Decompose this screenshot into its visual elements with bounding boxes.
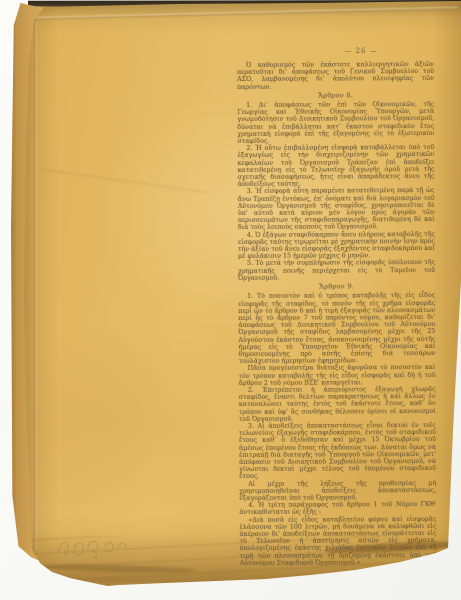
article-8-paragraph-5: 5. Τὸ μετὰ τὴν συμπλήρωσιν τῆς εἰσφορᾶς … xyxy=(238,259,435,282)
article-9-paragraph-1: 1. Τὸ ποσοστὸν καὶ ὁ τρόπος καταβολῆς τῆ… xyxy=(238,292,435,365)
heading-article-8: Ἄρθρον 8. xyxy=(237,92,434,100)
paragraph-intro: Ὁ καθορισμὸς τῶν ἑκάστοτε καλλιεργητικῶν… xyxy=(237,61,434,91)
scanned-document: — 26 — Ὁ καθορισμὸς τῶν ἑκάστοτε καλλιερ… xyxy=(0,0,461,600)
document-text-column: Ὁ καθορισμὸς τῶν ἑκάστοτε καλλιεργητικῶν… xyxy=(237,61,437,567)
article-8-paragraph-2: 2. Ἡ οὕτω ἐπιβαλλομένη εἰσφορὰ καταβάλλε… xyxy=(237,144,434,188)
article-8-paragraph-1: 1. Δι’ ἀποφάσεως τῶν ἐπὶ τῶν Οἰκονομικῶν… xyxy=(237,101,434,145)
page-number: — 26 — xyxy=(330,47,392,55)
article-9-paragraph-3: 3. Αἱ ἀποδείξεις ἀποκαταστάσεως εἶναι δε… xyxy=(239,422,436,481)
left-fold-crease xyxy=(34,22,37,550)
article-9-receipts-note: Αἱ μέχρι τῆς λήξεως τῆς προθεσμίας μὴ χρ… xyxy=(239,480,436,503)
article-9-repeal-note: Πᾶσα προγενεστέρα διάταξις ἀφορῶσα τὸ πο… xyxy=(239,364,436,387)
article-9-paragraph-2: 2. Ἐπιτρέπεται ἡ ἀπεριόριστος ἐξαγωγὴ χλ… xyxy=(239,386,436,423)
heading-article-9: Ἄρθρον 9. xyxy=(238,283,435,291)
paper-sheet: — 26 — Ὁ καθορισμὸς τῶν ἑκάστοτε καλλιερ… xyxy=(0,0,461,600)
article-9-quoted-text: «Διὰ ποσὰ εἰς εἶδος καταβλητέου φόρου κα… xyxy=(239,516,436,567)
article-8-paragraph-4: 4. Ὁ ἐξάγων σταφιδόκαρπον ἄνευ πλήρους κ… xyxy=(238,231,435,261)
article-9-paragraph-4: 4. Ἡ τρίτη παράγραφος τοῦ ἄρθρου 1 τοῦ Ν… xyxy=(239,501,436,516)
article-8-paragraph-3: 3. Ἡ εἰσφορὰ αὕτη παραμένει κατατεθειμέν… xyxy=(238,187,435,231)
pencil-scribble xyxy=(52,527,134,565)
